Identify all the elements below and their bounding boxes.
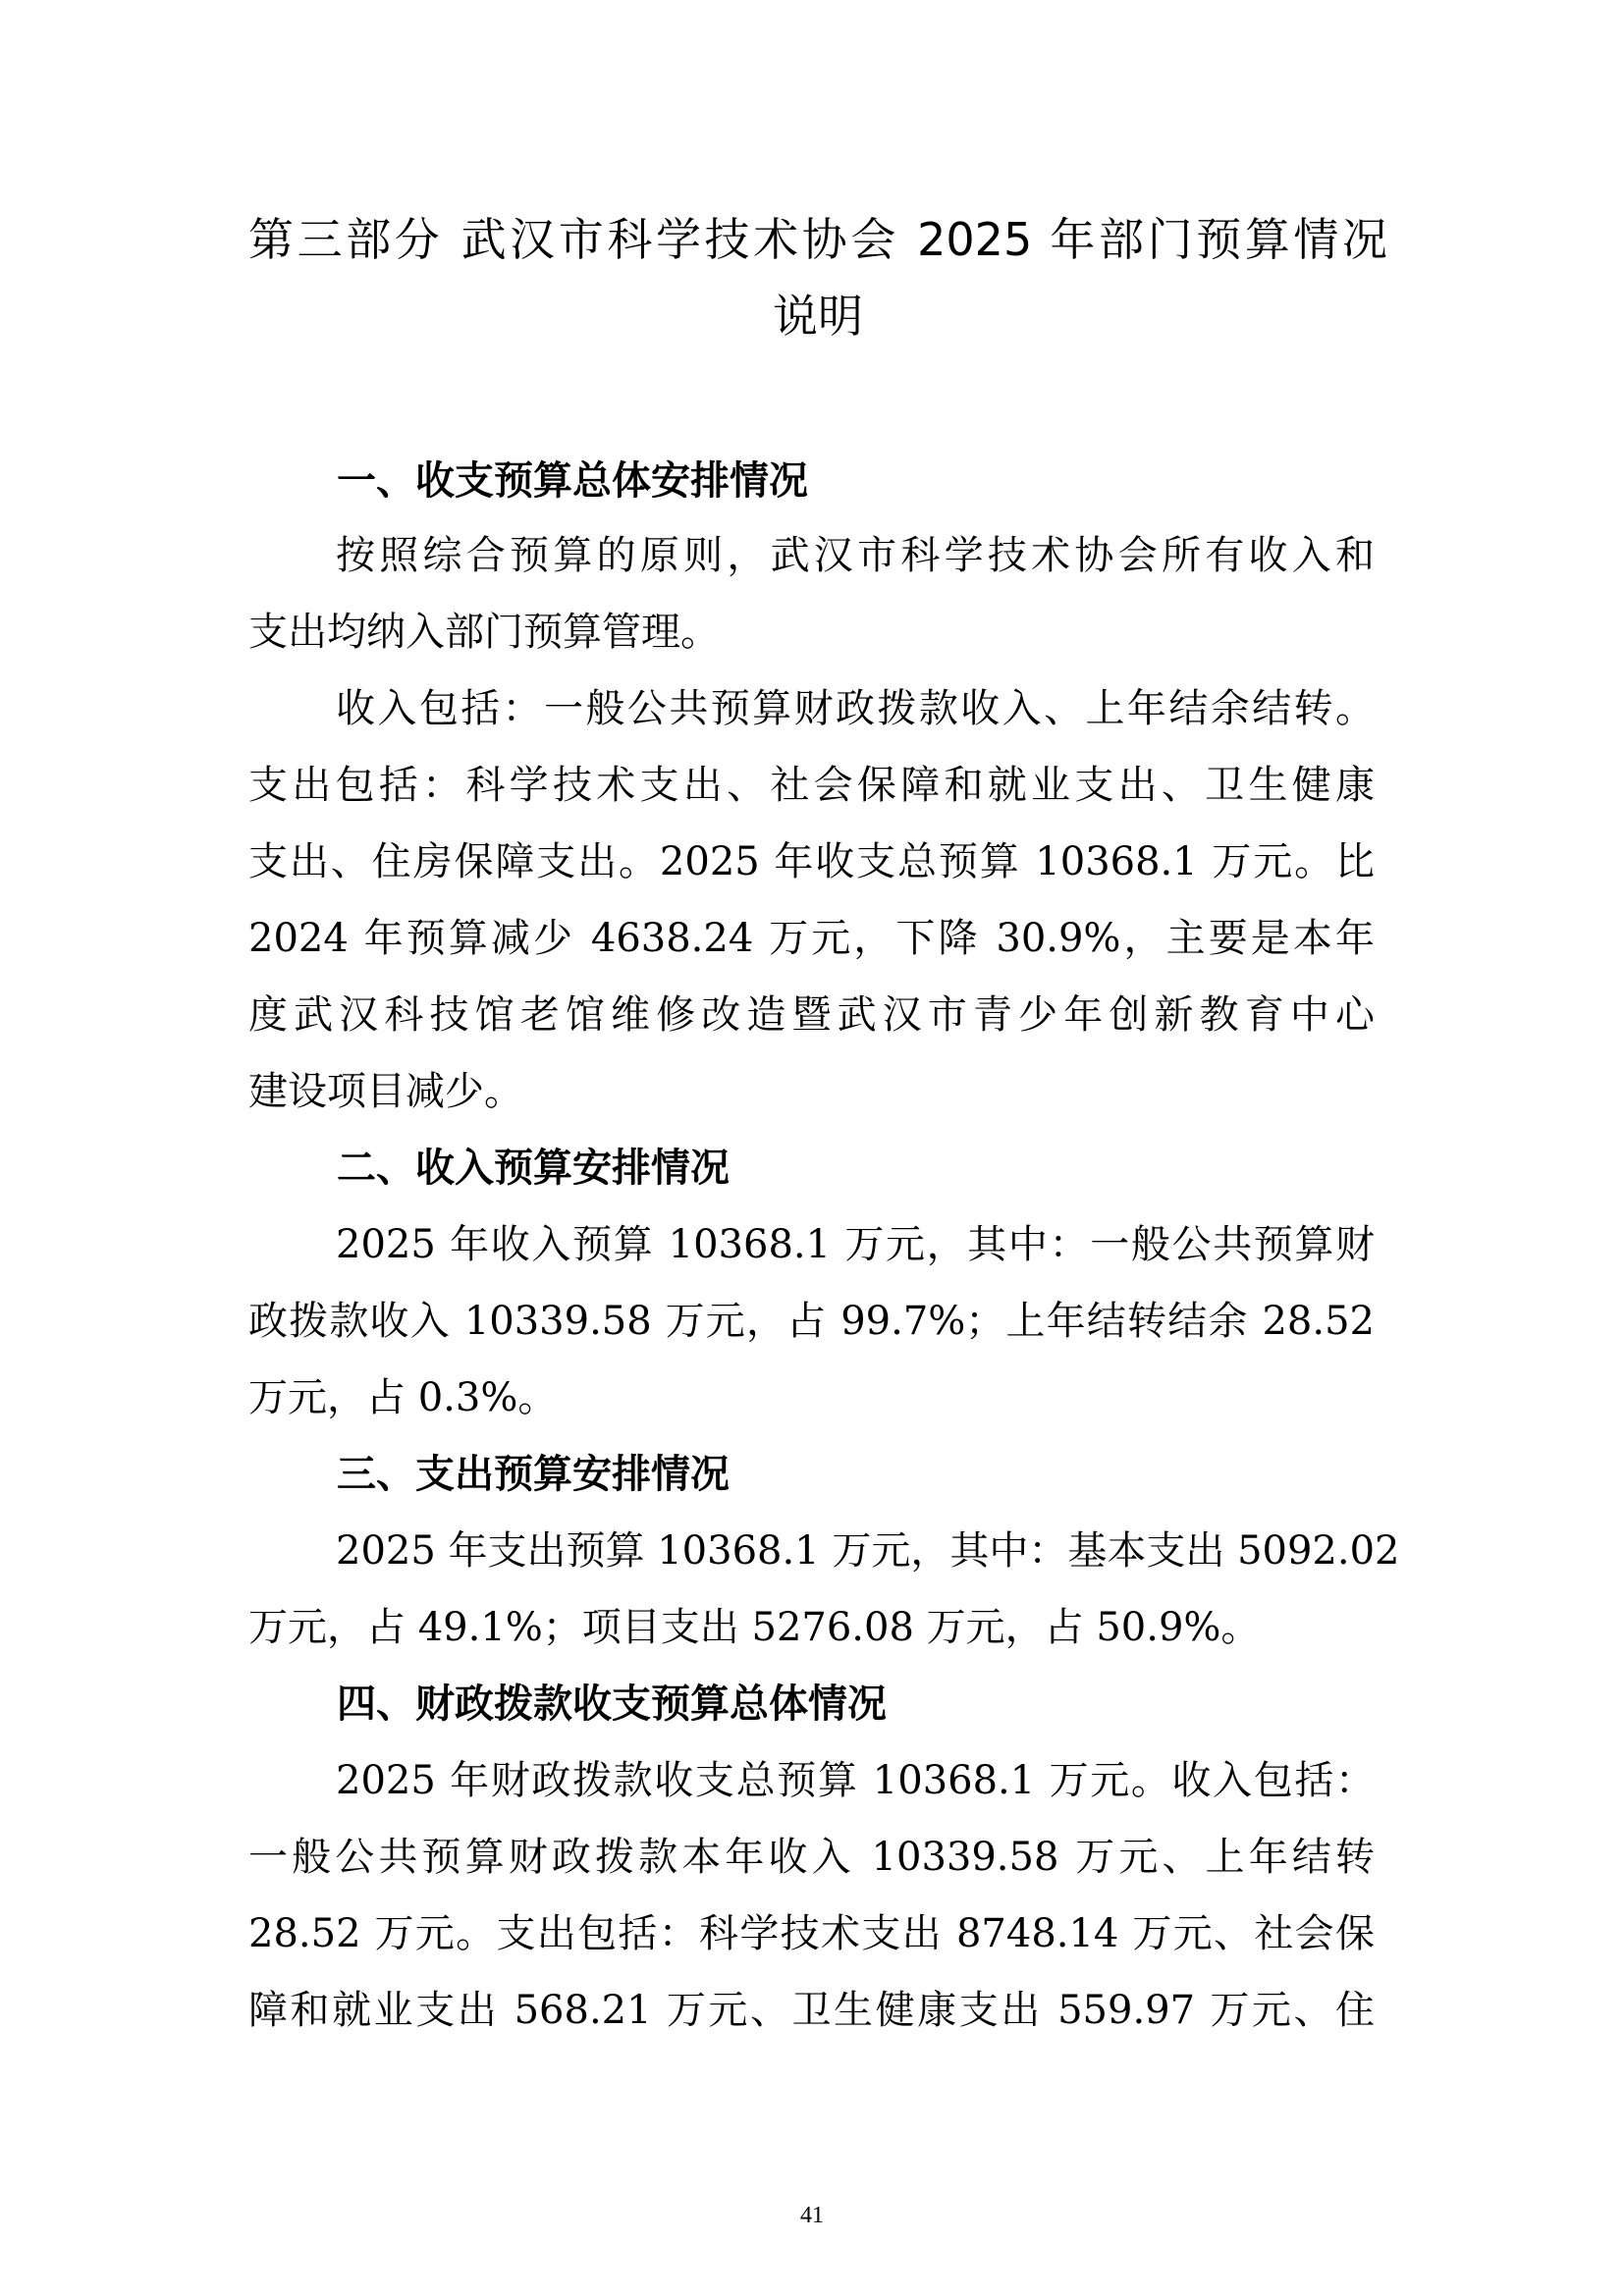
paragraph-line: 2025 年支出预算 10368.1 万元，其中：基本支出 5092.02 xyxy=(336,1523,1375,1578)
paragraph-line: 一般公共预算财政拨款本年收入 10339.58 万元、上年结转 xyxy=(248,1830,1375,1885)
paragraph-line: 建设项目减少。 xyxy=(248,1064,523,1119)
paragraph-line: 收入包括：一般公共预算财政拨款收入、上年结余结转。 xyxy=(336,681,1375,736)
paragraph-line: 2024 年预算减少 4638.24 万元，下降 30.9%，主要是本年 xyxy=(248,911,1375,966)
section-heading-1: 一、收支预算总体安排情况 xyxy=(337,454,808,508)
page-title-line-2: 说明 xyxy=(248,289,1387,344)
paragraph-line: 按照综合预算的原则，武汉市科学技术协会所有收入和 xyxy=(336,528,1375,583)
paragraph-line: 度武汉科技馆老馆维修改造暨武汉市青少年创新教育中心 xyxy=(248,988,1375,1042)
paragraph-line: 万元，占 49.1%；项目支出 5276.08 万元，占 50.9%。 xyxy=(248,1600,1260,1655)
section-heading-4: 四、财政拨款收支预算总体情况 xyxy=(337,1677,887,1732)
paragraph-line: 障和就业支出 568.21 万元、卫生健康支出 559.97 万元、住 xyxy=(248,1983,1375,2038)
page-title-line-1: 第三部分 武汉市科学技术协会 2025 年部门预算情况 xyxy=(248,212,1387,267)
paragraph-line: 2025 年收入预算 10368.1 万元，其中：一般公共预算财 xyxy=(336,1217,1375,1272)
paragraph-line: 万元，占 0.3%。 xyxy=(248,1370,557,1425)
paragraph-line: 支出均纳入部门预算管理。 xyxy=(248,605,720,660)
paragraph-line: 支出、住房保障支出。2025 年收支总预算 10368.1 万元。比 xyxy=(248,834,1375,889)
paragraph-line: 28.52 万元。支出包括：科学技术支出 8748.14 万元、社会保 xyxy=(248,1906,1375,1961)
paragraph-line: 政拨款收入 10339.58 万元，占 99.7%；上年结转结余 28.52 xyxy=(248,1294,1375,1349)
paragraph-line: 2025 年财政拨款收支总预算 10368.1 万元。收入包括： xyxy=(336,1753,1375,1808)
document-page: 第三部分 武汉市科学技术协会 2025 年部门预算情况 说明 一、收支预算总体安… xyxy=(0,0,1624,2296)
page-number: 41 xyxy=(0,2201,1624,2230)
section-heading-3: 三、支出预算安排情况 xyxy=(337,1447,730,1502)
section-heading-2: 二、收入预算安排情况 xyxy=(337,1141,730,1196)
paragraph-line: 支出包括：科学技术支出、社会保障和就业支出、卫生健康 xyxy=(248,758,1375,813)
